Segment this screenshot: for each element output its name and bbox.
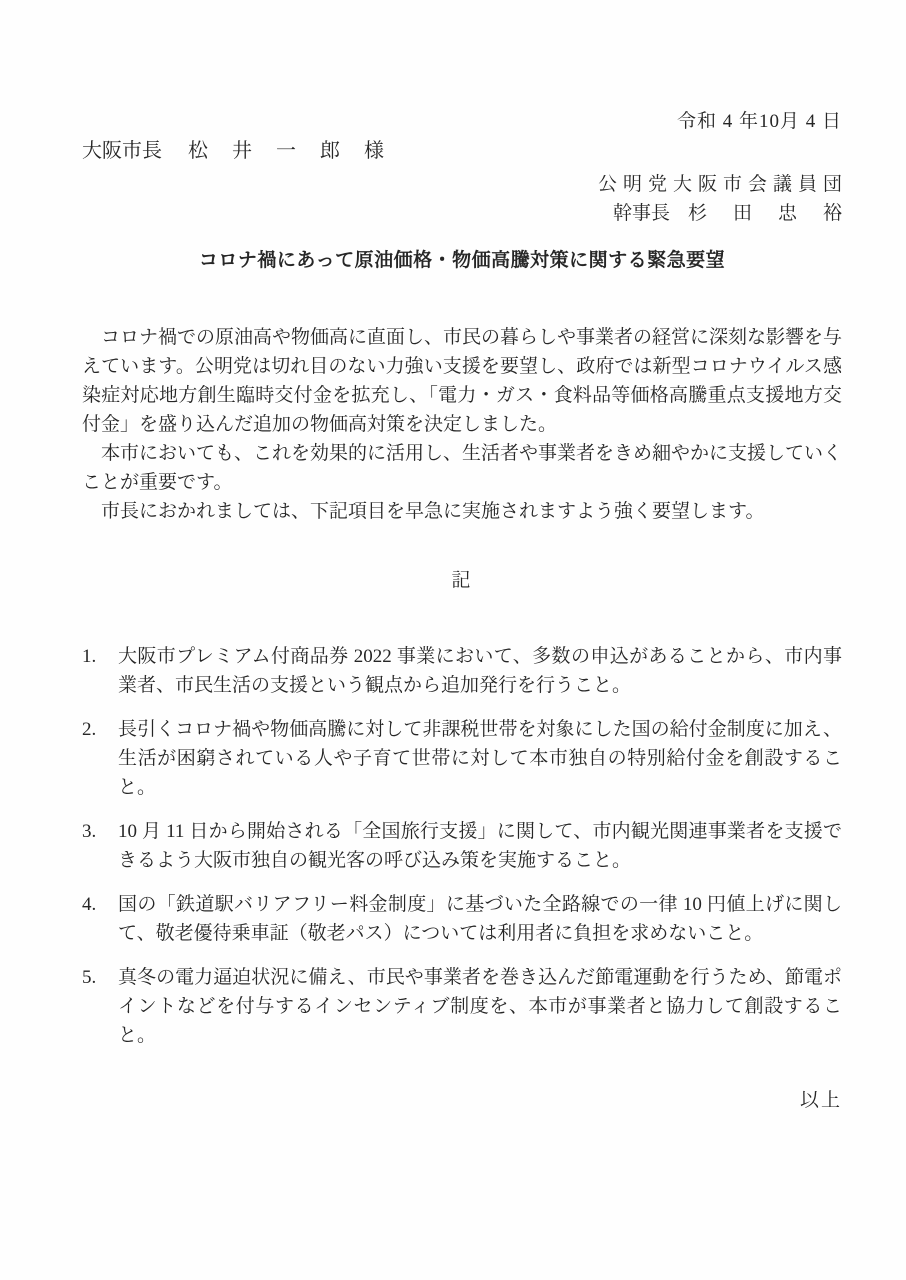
document-title: コロナ禍にあって原油価格・物価高騰対策に関する緊急要望 (82, 246, 842, 275)
item-number: 2. (82, 715, 118, 802)
recipient-name: 松井一郎 (188, 140, 364, 162)
list-item: 5. 真冬の電力逼迫状況に備え、市民や事業者を巻き込んだ節電運動を行うため、節電… (82, 963, 842, 1050)
sender-block: 公明党大阪市会議員団 幹事長杉田忠裕 (82, 170, 842, 228)
item-text: 真冬の電力逼迫状況に備え、市民や事業者を巻き込んだ節電運動を行うため、節電ポイン… (118, 963, 842, 1050)
list-item: 1. 大阪市プレミアム付商品券 2022 事業において、多数の申込があることから… (82, 642, 842, 700)
request-items-list: 1. 大阪市プレミアム付商品券 2022 事業において、多数の申込があることから… (82, 642, 842, 1050)
list-item: 3. 10 月 11 日から開始される「全国旅行支援」に関して、市内観光関連事業… (82, 817, 842, 875)
list-item: 2. 長引くコロナ禍や物価高騰に対して非課税世帯を対象にした国の給付金制度に加え… (82, 715, 842, 802)
item-text: 長引くコロナ禍や物価高騰に対して非課税世帯を対象にした国の給付金制度に加え、生活… (118, 715, 842, 802)
body-paragraphs: コロナ禍での原油高や物価高に直面し、市民の暮らしや事業者の経営に深刻な影響を与え… (82, 323, 842, 526)
sender-organization: 公明党大阪市会議員団 (82, 170, 848, 199)
sender-signature-line: 幹事長杉田忠裕 (82, 199, 842, 228)
item-number: 4. (82, 890, 118, 948)
document-page: 令和 4 年10月 4 日 大阪市長松井一郎様 公明党大阪市会議員団 幹事長杉田… (0, 0, 906, 1280)
recipient-name-group: 松井一郎様 (188, 140, 408, 162)
paragraph: 市長におかれましては、下記項目を早急に実施されますよう強く要望します。 (82, 497, 842, 526)
item-number: 3. (82, 817, 118, 875)
paragraph: コロナ禍での原油高や物価高に直面し、市民の暮らしや事業者の経営に深刻な影響を与え… (82, 323, 842, 439)
item-number: 5. (82, 963, 118, 1050)
sender-role: 幹事長 (613, 203, 670, 224)
item-text: 10 月 11 日から開始される「全国旅行支援」に関して、市内観光関連事業者を支… (118, 817, 842, 875)
recipient-title: 大阪市長 (82, 140, 162, 162)
list-item: 4. 国の「鉄道駅バリアフリー料金制度」に基づいた全路線での一律 10 円値上げ… (82, 890, 842, 948)
recipient-line: 大阪市長松井一郎様 (82, 136, 842, 166)
record-marker: 記 (82, 566, 842, 595)
paragraph: 本市においても、これを効果的に活用し、生活者や事業者をきめ細やかに支援していくこ… (82, 439, 842, 497)
item-text: 大阪市プレミアム付商品券 2022 事業において、多数の申込があることから、市内… (118, 642, 842, 700)
document-date: 令和 4 年10月 4 日 (82, 108, 842, 136)
closing-marker: 以上 (82, 1086, 842, 1115)
sender-name: 杉田忠裕 (688, 203, 868, 224)
recipient-honorific: 様 (364, 140, 408, 162)
item-number: 1. (82, 642, 118, 700)
item-text: 国の「鉄道駅バリアフリー料金制度」に基づいた全路線での一律 10 円値上げに関し… (118, 890, 842, 948)
